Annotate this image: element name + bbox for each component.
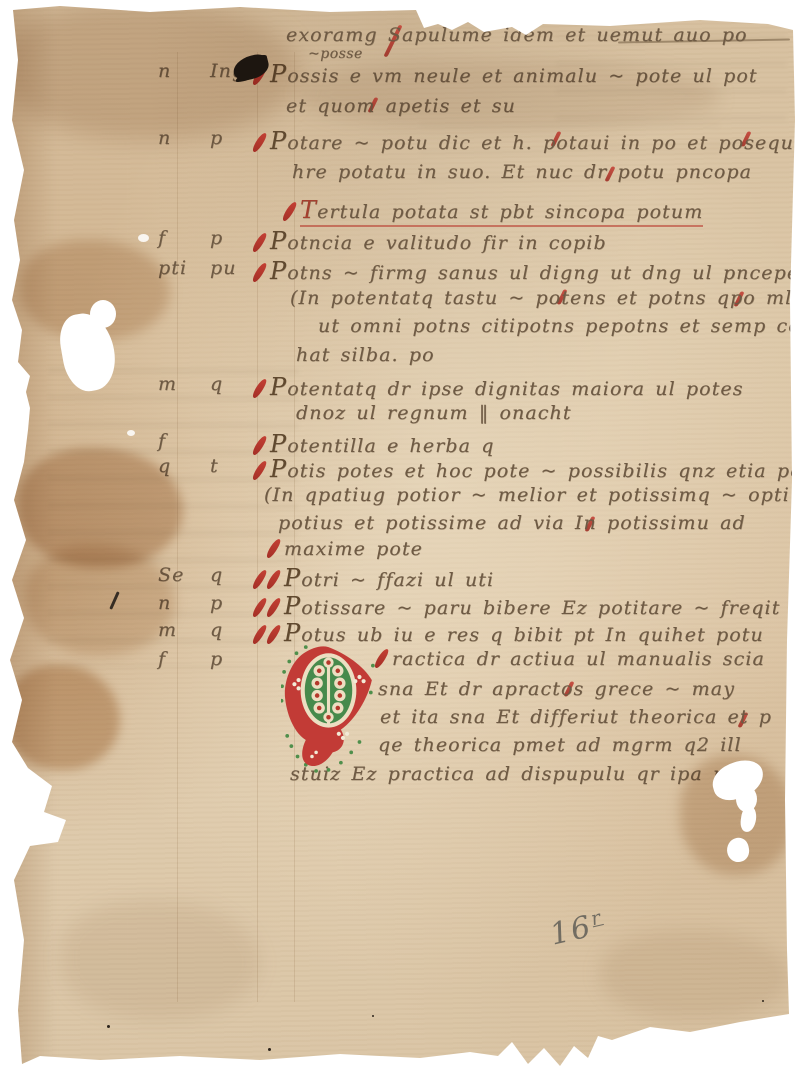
line-body: Potncia e valitudo fir in copib (256, 227, 800, 255)
text-line: SeqPotri ~ ffazi ul uti (158, 564, 800, 594)
text-line: fpPotncia e valitudo fir in copib (158, 227, 800, 257)
line-body: ut omni potns citipotns pepotns et semp … (256, 315, 800, 337)
margin-letter-2: p (210, 648, 256, 670)
line-body: Potare ~ potu dic et h. potaui in po et … (256, 127, 800, 155)
margin-letter-2: p (210, 592, 256, 614)
line-body: Potri ~ ffazi ul uti (256, 564, 800, 592)
manuscript-text: maxime pote (284, 538, 423, 560)
manuscript-text: Potare ~ potu dic et h. potaui in po et … (270, 127, 794, 155)
manuscript-text: et ita sna Et differiut theorica et p (380, 706, 772, 728)
manuscript-text: hre potatu in suo. Et nuc dr potu pncopa (292, 161, 752, 183)
manuscript-text: Potissare ~ paru bibere Ez potitare ~ fr… (284, 592, 800, 620)
manuscript-text: ractica dr actiua ul manualis scia (392, 648, 765, 670)
paraph-mark-icon (280, 201, 299, 221)
ink-speck (372, 1015, 374, 1017)
text-line: ſ ſ q pp (158, 0, 800, 10)
manuscript-text: Potns ~ firmg sanus ul digng ut dng ul p… (270, 257, 799, 285)
line-body: (In potentatq tastu ~ potens et potns qp… (256, 287, 800, 309)
manuscript-text: hat silba. po (296, 344, 435, 366)
line-body: (In qpatiug potior ~ melior et potissimq… (256, 484, 800, 506)
paper-fleck (138, 234, 149, 242)
margin-letter-1: f (158, 227, 210, 249)
paraph-mark-icon (264, 624, 283, 644)
ink-speck (107, 1025, 110, 1028)
line-body: Potns ~ firmg sanus ul digng ut dng ul p… (256, 257, 800, 285)
stain (0, 0, 300, 140)
superscript-gloss: ~posse (308, 46, 363, 62)
text-line: sna Et dr apractos grece ~ may (158, 678, 800, 708)
ink-speck (762, 1000, 764, 1002)
manuscript-text: (In qpatiug potior ~ melior et potissimq… (264, 484, 790, 506)
paraph-mark-icon (250, 435, 269, 455)
scanned-manuscript-leaf: ſ ſ q ppexoramg Sapulume idem et uemut a… (0, 0, 800, 1072)
manuscript-text: qe theorica pmet ad mgrm q2 ill (378, 734, 742, 756)
stain (600, 930, 790, 1020)
paraph-mark-icon (264, 569, 283, 589)
paraph-mark-icon (264, 597, 283, 617)
text-line: mqPotus ub iu e res q bibit pt In quihet… (158, 619, 800, 649)
margin-letter-2: p (210, 227, 256, 249)
margin-letter-2: pu (210, 257, 256, 279)
text-line: ut omni potns citipotns pepotns et semp … (158, 315, 800, 345)
ink-speck (268, 1048, 271, 1051)
margin-letter-2: q (210, 373, 256, 395)
text-line: qe theorica pmet ad mgrm q2 ill (158, 734, 800, 764)
text-line: fpractica dr actiua ul manualis scia (158, 648, 800, 678)
line-body: Potissare ~ paru bibere Ez potitare ~ fr… (256, 592, 800, 620)
manuscript-text: Potentilla e herba q (270, 430, 494, 458)
manuscript-text: exoramg Sapulume idem et uemut auo po (286, 24, 748, 46)
manuscript-text: ſ ſ q pp (302, 0, 691, 2)
line-body: Potentilla e herba q (256, 430, 800, 458)
manuscript-text: dnoz ul regnum ‖ onacht (296, 402, 572, 424)
line-body: ſ ſ q pp (256, 0, 800, 2)
line-body: Potus ub iu e res q bibit pt In quihet p… (256, 619, 800, 647)
text-line: npPotare ~ potu dic et h. potaui in po e… (158, 127, 800, 157)
paper-hole (90, 300, 116, 328)
margin-letter-2: q (210, 564, 256, 586)
stain (300, 60, 720, 130)
margin-letter-2: t (210, 455, 256, 477)
manuscript-text: Potus ub iu e res q bibit pt In quihet p… (284, 619, 764, 647)
manuscript-page: ſ ſ q ppexoramg Sapulume idem et uemut a… (0, 0, 800, 1072)
text-line: Tertula potata st pbt sincopa potum (158, 196, 800, 226)
manuscript-text: Potentatq dr ipse dignitas maiora ul pot… (270, 373, 744, 401)
stain (25, 545, 175, 655)
line-body: hat silba. po (256, 344, 800, 366)
margin-letter-2: q (210, 619, 256, 641)
text-line: hre potatu in suo. Et nuc dr potu pncopa (158, 161, 800, 191)
manuscript-text: sna Et dr apractos grece ~ may (378, 678, 735, 700)
stain (5, 665, 120, 770)
text-line: qtPotis potes et hoc pote ~ possibilis q… (158, 455, 800, 485)
manuscript-text: (In potentatq tastu ~ potens et potns qp… (290, 287, 792, 309)
paper-fleck (127, 430, 135, 436)
stain (60, 900, 260, 1020)
margin-letter-1: f (158, 648, 210, 670)
text-line: mqPotentatq dr ipse dignitas maiora ul p… (158, 373, 800, 403)
line-body: dnoz ul regnum ‖ onacht (256, 402, 800, 424)
manuscript-text: potius et potissime ad via In potissimu … (278, 512, 746, 534)
manuscript-text: Tertula potata st pbt sincopa potum (300, 196, 703, 227)
manuscript-text: Potri ~ ffazi ul uti (284, 564, 494, 592)
line-body: potius et potissime ad via In potissimu … (256, 512, 800, 534)
line-body: hre potatu in suo. Et nuc dr potu pncopa (256, 161, 800, 183)
text-line: npPotissare ~ paru bibere Ez potitare ~ … (158, 592, 800, 622)
text-line: et ita sna Et differiut theorica et p (158, 706, 800, 736)
manuscript-text: Potncia e valitudo fir in copib (270, 227, 607, 255)
illuminated-initial-icon (281, 645, 376, 773)
manuscript-text: ut omni potns citipotns pepotns et semp … (318, 315, 800, 337)
text-line: (In qpatiug potior ~ melior et potissimq… (158, 484, 800, 514)
line-body: Potis potes et hoc pote ~ possibilis qnz… (256, 455, 800, 483)
ink-flourish (700, 12, 788, 17)
text-line: dnoz ul regnum ‖ onacht (158, 402, 800, 432)
text-line: ptipuPotns ~ firmg sanus ul digng ut dng… (158, 257, 800, 287)
margin-letter-1: f (158, 430, 210, 452)
paraph-mark-icon (264, 538, 283, 558)
line-body: Tertula potata st pbt sincopa potum (256, 196, 800, 227)
line-body: maxime pote (256, 538, 800, 560)
margin-letter-1: m (158, 373, 210, 395)
text-line: hat silba. po (158, 344, 800, 374)
line-body: Potentatq dr ipse dignitas maiora ul pot… (256, 373, 800, 401)
text-line: (In potentatq tastu ~ potens et potns qp… (158, 287, 800, 317)
manuscript-text: Potis potes et hoc pote ~ possibilis qnz… (270, 455, 800, 483)
line-body: exoramg Sapulume idem et uemut auo po (256, 24, 800, 46)
